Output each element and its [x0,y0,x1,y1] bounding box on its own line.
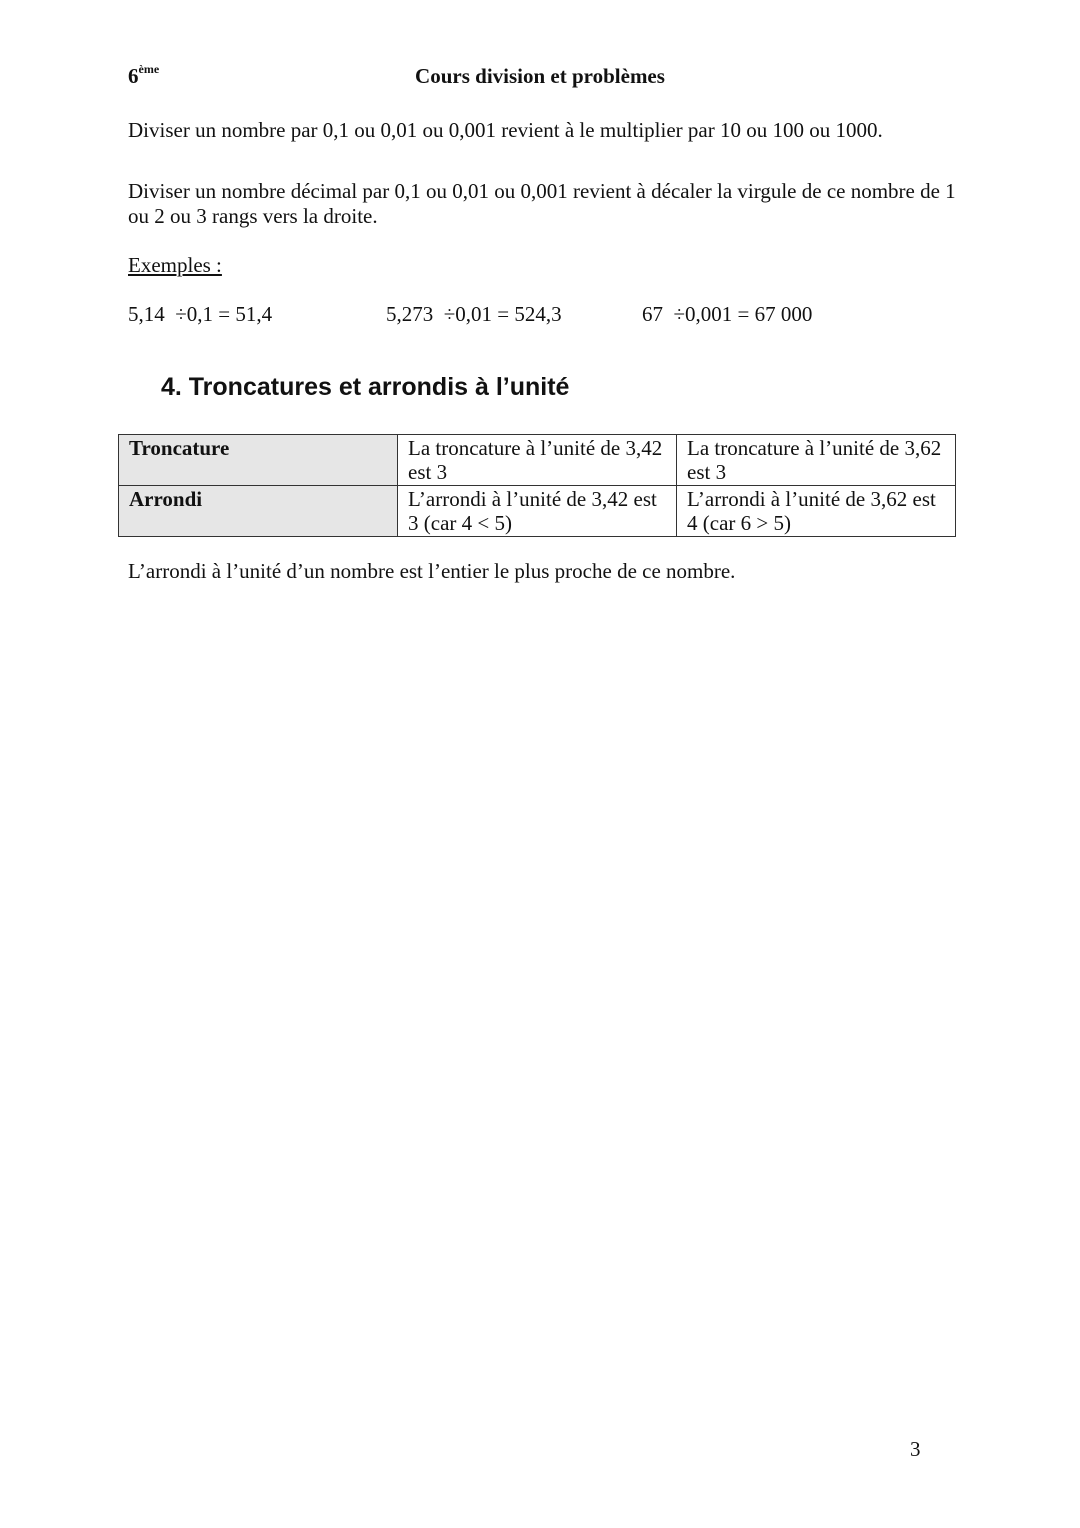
table-cell: La troncature à l’unité de 3,42 est 3 [398,435,677,486]
rule-paragraph-1: Diviser un nombre par 0,1 ou 0,01 ou 0,0… [128,118,958,143]
row-header-arrondi: Arrondi [119,486,398,537]
document-title: Cours division et problèmes [0,64,1080,89]
example-2: 5,273 ÷0,01 = 524,3 [386,302,562,327]
page-number: 3 [910,1437,921,1462]
rule-paragraph-2: Diviser un nombre décimal par 0,1 ou 0,0… [128,179,958,229]
row-header-troncature: Troncature [119,435,398,486]
table-cell: L’arrondi à l’unité de 3,62 est 4 (car 6… [677,486,956,537]
example-1: 5,14 ÷0,1 = 51,4 [128,302,272,327]
table-row: Arrondi L’arrondi à l’unité de 3,42 est … [119,486,956,537]
example-3: 67 ÷0,001 = 67 000 [642,302,812,327]
conclusion-text: L’arrondi à l’unité d’un nombre est l’en… [128,559,735,584]
section-heading: 4. Troncatures et arrondis à l’unité [161,373,569,402]
table-cell: La troncature à l’unité de 3,62 est 3 [677,435,956,486]
examples-label: Exemples : [128,253,222,278]
rounding-table: Troncature La troncature à l’unité de 3,… [118,434,956,537]
table-row: Troncature La troncature à l’unité de 3,… [119,435,956,486]
table-cell: L’arrondi à l’unité de 3,42 est 3 (car 4… [398,486,677,537]
